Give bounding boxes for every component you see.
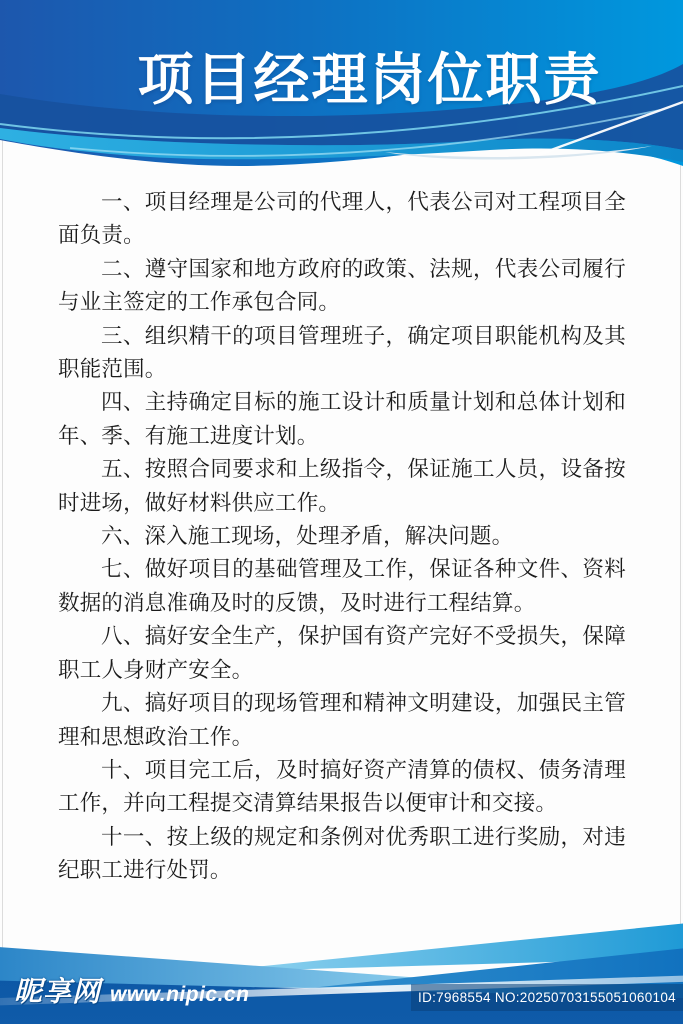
- responsibility-item: 三、组织精干的项目管理班子，确定项目职能机构及其职能范围。: [58, 320, 626, 387]
- header: 项目经理岗位职责: [0, 0, 683, 178]
- responsibility-item: 九、搞好项目的现场管理和精神文明建设，加强民主管理和思想政治工作。: [58, 687, 626, 754]
- responsibility-item: 六、深入施工现场，处理矛盾，解决问题。: [58, 520, 626, 553]
- poster: 项目经理岗位职责 一、项目经理是公司的代理人，代表公司对工程项目全面负责。 二、…: [0, 0, 683, 1024]
- responsibility-item: 二、遵守国家和地方政府的政策、法规，代表公司履行与业主签定的工作承包合同。: [58, 253, 626, 320]
- responsibility-item: 五、按照合同要求和上级指令，保证施工人员，设备按时进场，做好材料供应工作。: [58, 453, 626, 520]
- page-title: 项目经理岗位职责: [28, 48, 683, 112]
- image-id-badge: ID:7968554 NO:20250703155051060104: [411, 984, 683, 1011]
- watermark-site-name: 昵享网: [14, 970, 101, 1010]
- watermark-site-url: www.nipic.cn: [110, 983, 249, 1007]
- responsibility-list: 一、项目经理是公司的代理人，代表公司对工程项目全面负责。 二、遵守国家和地方政府…: [0, 184, 683, 888]
- footer: 昵享网 www.nipic.cn ID:7968554 NO:202507031…: [0, 900, 683, 1024]
- responsibility-item: 一、项目经理是公司的代理人，代表公司对工程项目全面负责。: [58, 186, 626, 253]
- responsibility-item: 八、搞好安全生产，保护国有资产完好不受损失，保障职工人身财产安全。: [58, 620, 626, 687]
- responsibility-item: 十一、按上级的规定和条例对优秀职工进行奖励，对违纪职工进行处罚。: [58, 821, 626, 888]
- watermark: 昵享网 www.nipic.cn: [14, 970, 249, 1010]
- responsibility-item: 四、主持确定目标的施工设计和质量计划和总体计划和年、季、有施工进度计划。: [58, 386, 626, 453]
- responsibility-item: 七、做好项目的基础管理及工作，保证各种文件、资料数据的消息准确及时的反馈，及时进…: [58, 553, 626, 620]
- responsibility-item: 十、项目完工后，及时搞好资产清算的债权、债务清理工作，并向工程提交清算结果报告以…: [58, 754, 626, 821]
